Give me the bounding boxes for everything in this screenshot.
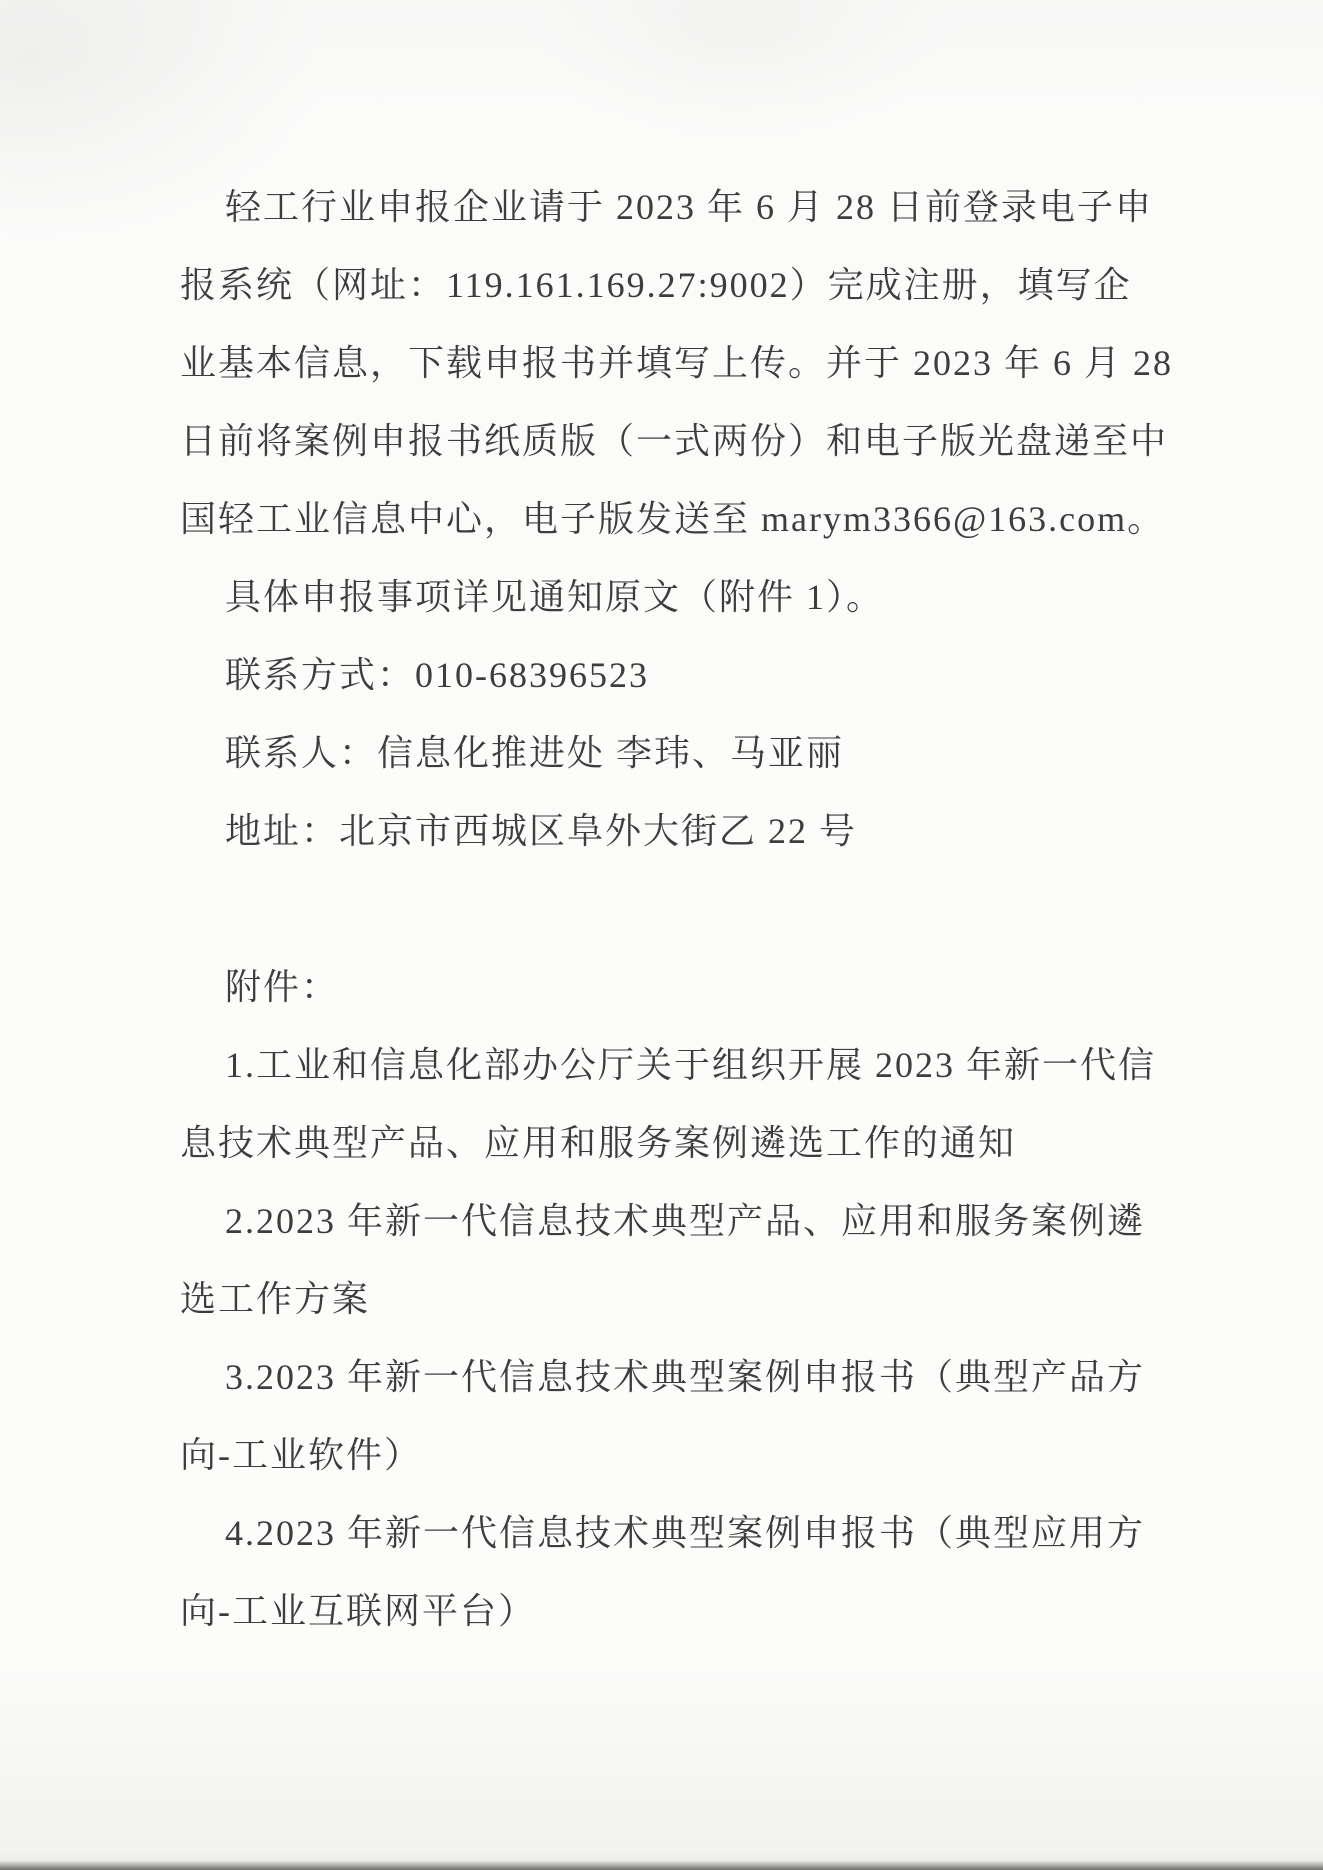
body-line-3: 业基本信息，下载申报书并填写上传。并于 2023 年 6 月 28 — [180, 324, 1150, 402]
document-body: 轻工行业申报企业请于 2023 年 6 月 28 日前登录电子申 报系统（网址：… — [180, 168, 1150, 1650]
note-line: 具体申报事项详见通知原文（附件 1）。 — [180, 558, 1150, 636]
body-line-4: 日前将案例申报书纸质版（一式两份）和电子版光盘递至中 — [180, 402, 1150, 480]
address-line: 地址：北京市西城区阜外大街乙 22 号 — [180, 792, 1150, 870]
attachment-1-line-1: 1.工业和信息化部办公厅关于组织开展 2023 年新一代信 — [180, 1026, 1150, 1104]
attachments-heading: 附件： — [180, 948, 1150, 1026]
attachment-1-line-2: 息技术典型产品、应用和服务案例遴选工作的通知 — [180, 1104, 1150, 1182]
body-line-5: 国轻工业信息中心，电子版发送至 marym3366@163.com。 — [180, 480, 1150, 558]
attachment-2-line-2: 选工作方案 — [180, 1260, 1150, 1338]
contact-phone-line: 联系方式：010-68396523 — [180, 636, 1150, 714]
attachment-4-line-1: 4.2023 年新一代信息技术典型案例申报书（典型应用方 — [180, 1494, 1150, 1572]
blank-line-spacer — [180, 870, 1150, 948]
attachment-3-line-2: 向-工业软件） — [180, 1416, 1150, 1494]
body-line-2: 报系统（网址：119.161.169.27:9002）完成注册，填写企 — [180, 246, 1150, 324]
attachment-3-line-1: 3.2023 年新一代信息技术典型案例申报书（典型产品方 — [180, 1338, 1150, 1416]
contact-person-line: 联系人：信息化推进处 李玮、马亚丽 — [180, 714, 1150, 792]
attachment-4-line-2: 向-工业互联网平台） — [180, 1572, 1150, 1650]
scanned-document-page: 轻工行业申报企业请于 2023 年 6 月 28 日前登录电子申 报系统（网址：… — [0, 0, 1323, 1870]
attachment-2-line-1: 2.2023 年新一代信息技术典型产品、应用和服务案例遴 — [180, 1182, 1150, 1260]
scan-bottom-edge-shadow — [0, 1861, 1323, 1870]
body-line-1: 轻工行业申报企业请于 2023 年 6 月 28 日前登录电子申 — [180, 168, 1150, 246]
